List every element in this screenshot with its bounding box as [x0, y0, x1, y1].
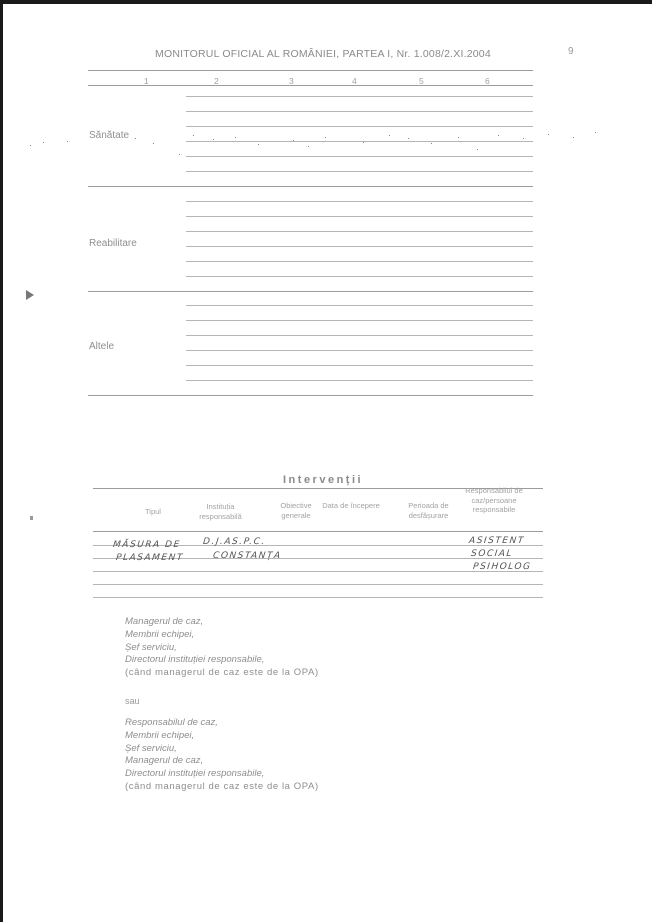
signature-block-2: Responsabilul de caz, Membrii echipei, Ș…: [125, 717, 319, 794]
table-rule: [88, 85, 533, 86]
signature-note: (când managerul de caz este de la OPA): [125, 781, 319, 794]
signature-note: (când managerul de caz este de la OPA): [125, 667, 319, 680]
column-header-data: Data de începere: [321, 501, 381, 511]
section-title-interventii: Intervenții: [283, 474, 363, 486]
page-number: 9: [568, 46, 574, 57]
row-line: [186, 231, 533, 232]
signature-line: Membrii echipei,: [125, 730, 319, 743]
row-line: [186, 335, 533, 336]
handwritten-responsabil-line3: PSIHOLOG: [472, 562, 532, 572]
separator-sau: sau: [125, 696, 140, 706]
signature-line: Membrii echipei,: [125, 629, 319, 642]
row-line: [186, 171, 533, 172]
signature-line: Șef serviciu,: [125, 743, 319, 756]
handwritten-institutia-line2: CONSTANȚA: [212, 551, 282, 561]
row-line: [186, 201, 533, 202]
handwritten-responsabil-line2: SOCIAL: [470, 549, 513, 559]
row-line: [93, 597, 543, 598]
table-rule: [93, 531, 543, 532]
row-line: [186, 350, 533, 351]
handwritten-tipul-line1: MĂSURA DE: [112, 540, 181, 550]
row-line: [186, 246, 533, 247]
row-line: [186, 320, 533, 321]
column-header-obiective: Obiective generale: [271, 501, 321, 520]
row-line: [186, 261, 533, 262]
row-line: [186, 380, 533, 381]
row-line: [186, 126, 533, 127]
signature-line: Directorul instituției responsabile,: [125, 768, 319, 781]
signature-line: Managerul de caz,: [125, 616, 319, 629]
table-rule: [88, 70, 533, 71]
section-rule: [88, 395, 533, 396]
row-label-altele: Altele: [89, 341, 114, 352]
row-line: [186, 96, 533, 97]
handwritten-responsabil-line1: ASISTENT: [468, 536, 525, 546]
scan-punch-mark-icon: [26, 290, 34, 300]
document-page: MONITORUL OFICIAL AL ROMÂNIEI, PARTEA I,…: [3, 4, 652, 922]
column-header-institutia: Instituția responsabilă: [193, 502, 248, 521]
column-header-perioada: Perioada de desfășurare: [396, 501, 461, 520]
signature-line: Managerul de caz,: [125, 755, 319, 768]
row-line: [186, 141, 533, 142]
row-line: [186, 156, 533, 157]
page-header-title: MONITORUL OFICIAL AL ROMÂNIEI, PARTEA I,…: [155, 48, 491, 60]
signature-line: Șef serviciu,: [125, 642, 319, 655]
scan-mark-icon: [30, 516, 33, 520]
column-header-tipul: Tipul: [133, 507, 173, 517]
signature-line: Responsabilul de caz,: [125, 717, 319, 730]
row-line: [186, 365, 533, 366]
row-line: [186, 111, 533, 112]
row-line: [186, 276, 533, 277]
section-rule: [88, 186, 533, 187]
signature-block-1: Managerul de caz, Membrii echipei, Șef s…: [125, 616, 319, 680]
handwritten-institutia-line1: D.J.AS.P.C.: [202, 537, 266, 547]
column-header-responsabil: Responsabilul de caz/persoane responsabi…: [465, 486, 523, 515]
row-label-sanatate: Sănătate: [89, 130, 129, 141]
row-line: [186, 216, 533, 217]
section-rule: [88, 291, 533, 292]
row-line: [93, 584, 543, 585]
signature-line: Directorul instituției responsabile,: [125, 654, 319, 667]
row-label-reabilitare: Reabilitare: [89, 238, 137, 249]
row-line: [186, 305, 533, 306]
handwritten-tipul-line2: PLASAMENT: [115, 553, 184, 563]
